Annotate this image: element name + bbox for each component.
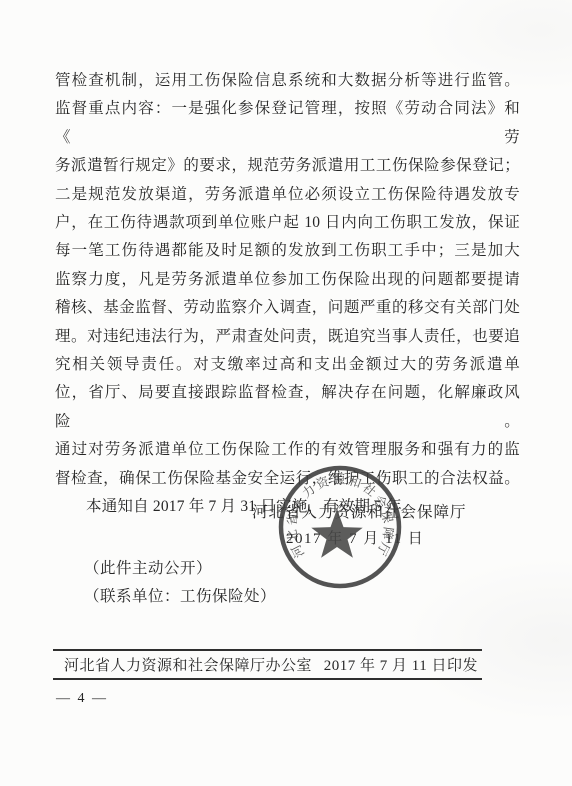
footer-print-date: 2017 年 7 月 11 日印发 [324,654,478,675]
body-line: 监察力度，凡是劳务派遣单位参加工伤保险出现的问题都要提请 [55,266,520,294]
document-page: 管检查机制，运用工伤保险信息系统和大数据分析等进行监管。 监督重点内容：一是强化… [0,0,572,786]
body-line: 务派遣暂行规定》的要求，规范劳务派遣用工工伤保险参保登记； [55,152,520,180]
body-line: 稽核、基金监督、劳动监察介入调查，问题严重的移交有关部门处 [55,294,520,322]
contact-unit-note: （联系单位：工伤保险处） [84,584,276,606]
official-seal-stamp: 河北省人力资源和社会保障厅 [270,457,410,597]
footer-imprint: 河北省人力资源和社会保障厅办公室 2017 年 7 月 11 日印发 [64,654,478,675]
body-line: 户，在工伤待遇款项到单位账户起 10 日内向工伤职工发放，保证 [55,209,520,237]
body-line: 监督重点内容：一是强化参保登记管理，按照《劳动合同法》和《劳 [55,95,520,152]
footer-issuer: 河北省人力资源和社会保障厅办公室 [64,654,312,675]
document-body: 管检查机制，运用工伤保险信息系统和大数据分析等进行监管。 监督重点内容：一是强化… [55,67,520,522]
body-line: 究相关领导责任。对支缴率过高和支出金额过大的劳务派遣单 [55,351,520,379]
footer-rule-bottom [53,678,482,680]
body-line: 理。对违纪违法行为，严肃查处问责，既追究当事人责任，也要追 [55,323,520,351]
body-line: 二是规范发放渠道，劳务派遣单位必须设立工伤保险待遇发放专 [55,181,520,209]
disclosure-note: （此件主动公开） [84,556,212,578]
body-line: 每一笔工伤待遇都能及时足额的发放到工伤职工手中；三是加大 [55,237,520,265]
body-line: 位，省厅、局要直接跟踪监督检查，解决存在问题，化解廉政风险。 [55,379,520,436]
star-icon [311,509,362,558]
page-number: — 4 — [56,691,108,707]
footer-rule-top [53,649,482,651]
body-line: 管检查机制，运用工伤保险信息系统和大数据分析等进行监管。 [55,67,520,95]
